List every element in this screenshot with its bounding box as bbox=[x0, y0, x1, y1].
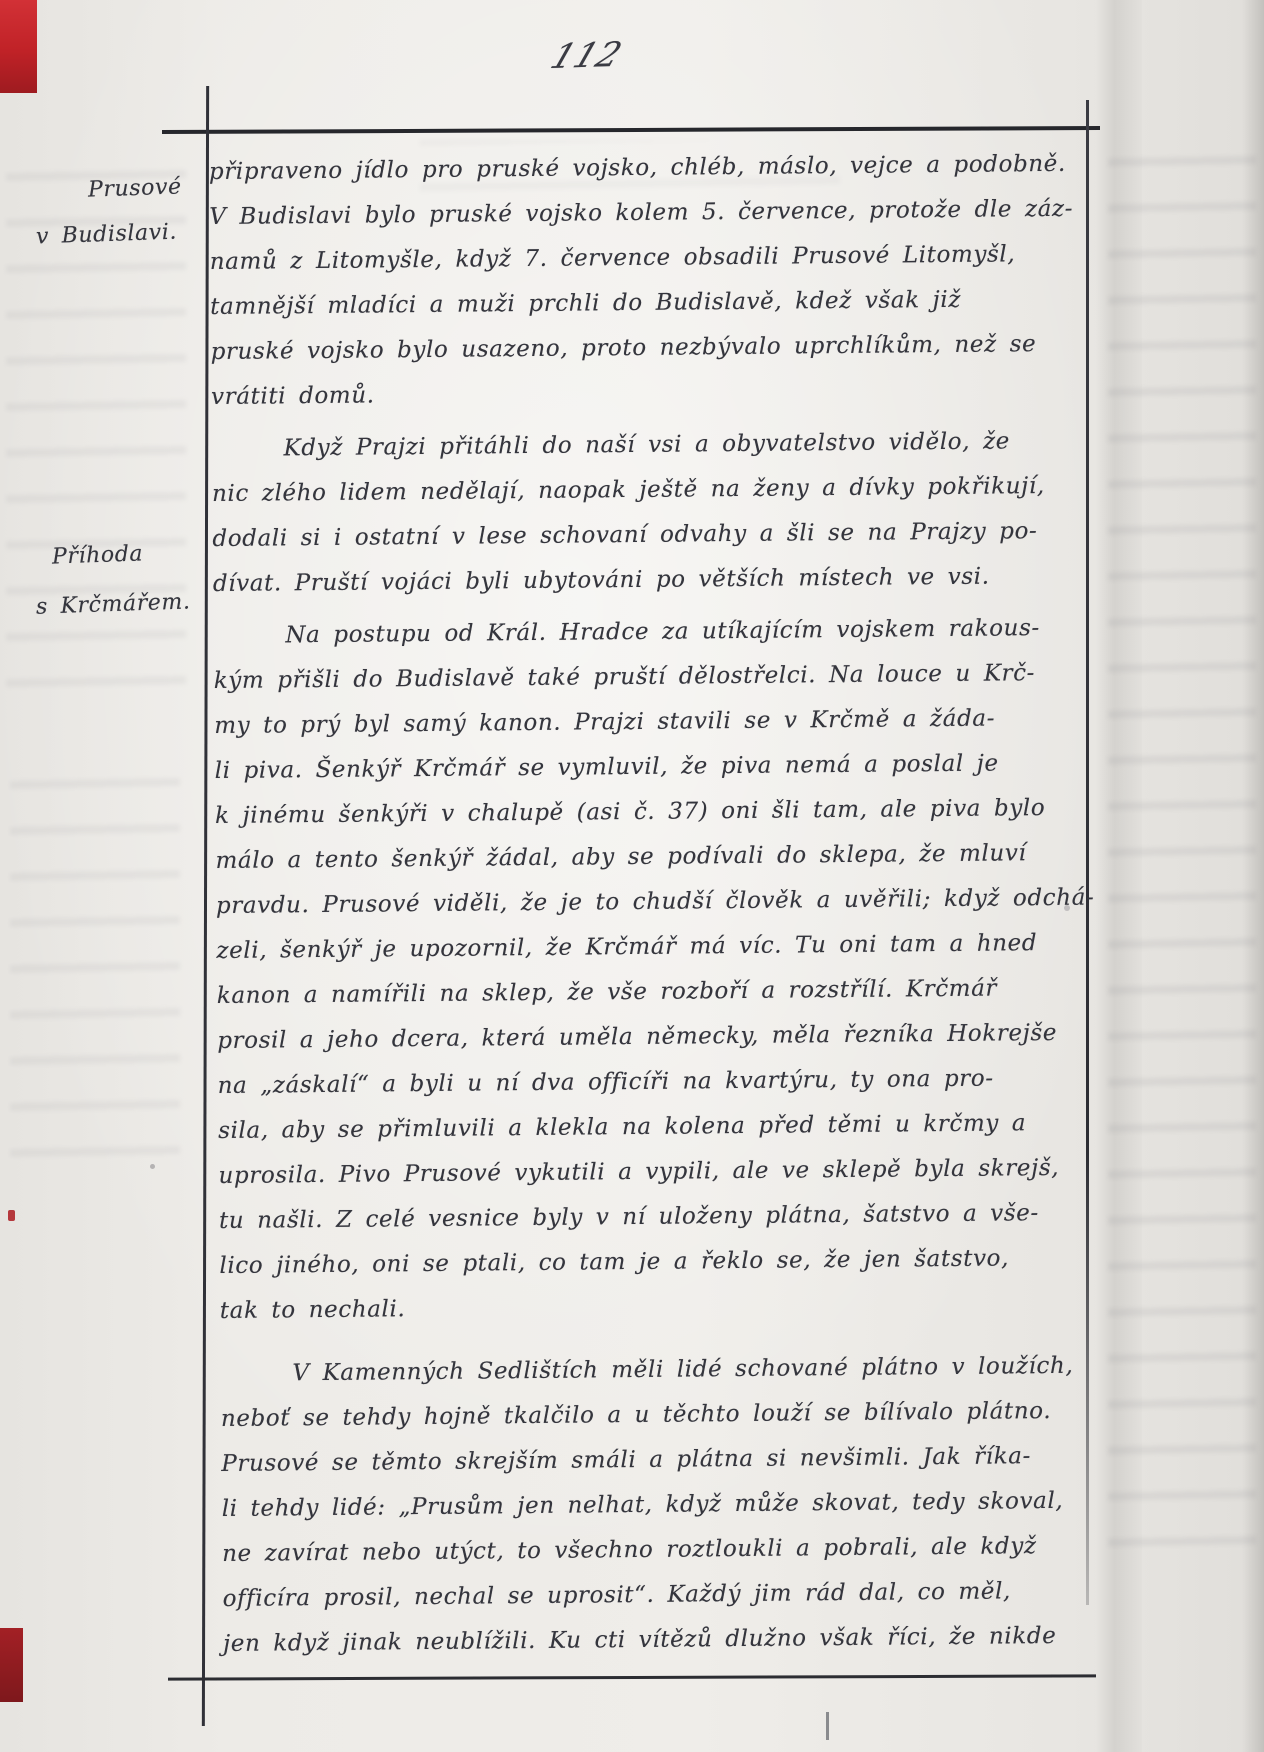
red-speck bbox=[8, 1210, 15, 1221]
margin-note-prusove-line2: v Budislavi. bbox=[36, 220, 178, 250]
margin-note-prihoda-line1: Příhoda bbox=[52, 541, 144, 569]
text-line: tak to nechali. bbox=[220, 1281, 1098, 1334]
main-text-column: připraveno jídlo pro pruské vojsko, chlé… bbox=[209, 142, 1102, 1667]
margin-note-prusove-line1: Prusové bbox=[88, 174, 182, 202]
ink-speck bbox=[150, 1164, 155, 1169]
text-line: pruské vojsko bylo usazeno, proto nezbýv… bbox=[210, 322, 1088, 375]
text-line: lico jiného, oni se ptali, co tam je a ř… bbox=[219, 1236, 1097, 1289]
bottom-stray-mark bbox=[826, 1712, 829, 1740]
red-edge-mark-top-left bbox=[0, 0, 37, 93]
text-line: jen když jinak neublížili. Ku cti vítězů… bbox=[223, 1614, 1101, 1667]
red-edge-mark-bottom-left bbox=[0, 1628, 23, 1702]
scan-right-edge-shadow bbox=[1242, 0, 1264, 1752]
text-line: dívat. Pruští vojáci byli ubytováni po v… bbox=[213, 554, 1091, 607]
page-edge-band bbox=[1096, 0, 1142, 1752]
text-line: vrátiti domů. bbox=[211, 367, 1089, 420]
